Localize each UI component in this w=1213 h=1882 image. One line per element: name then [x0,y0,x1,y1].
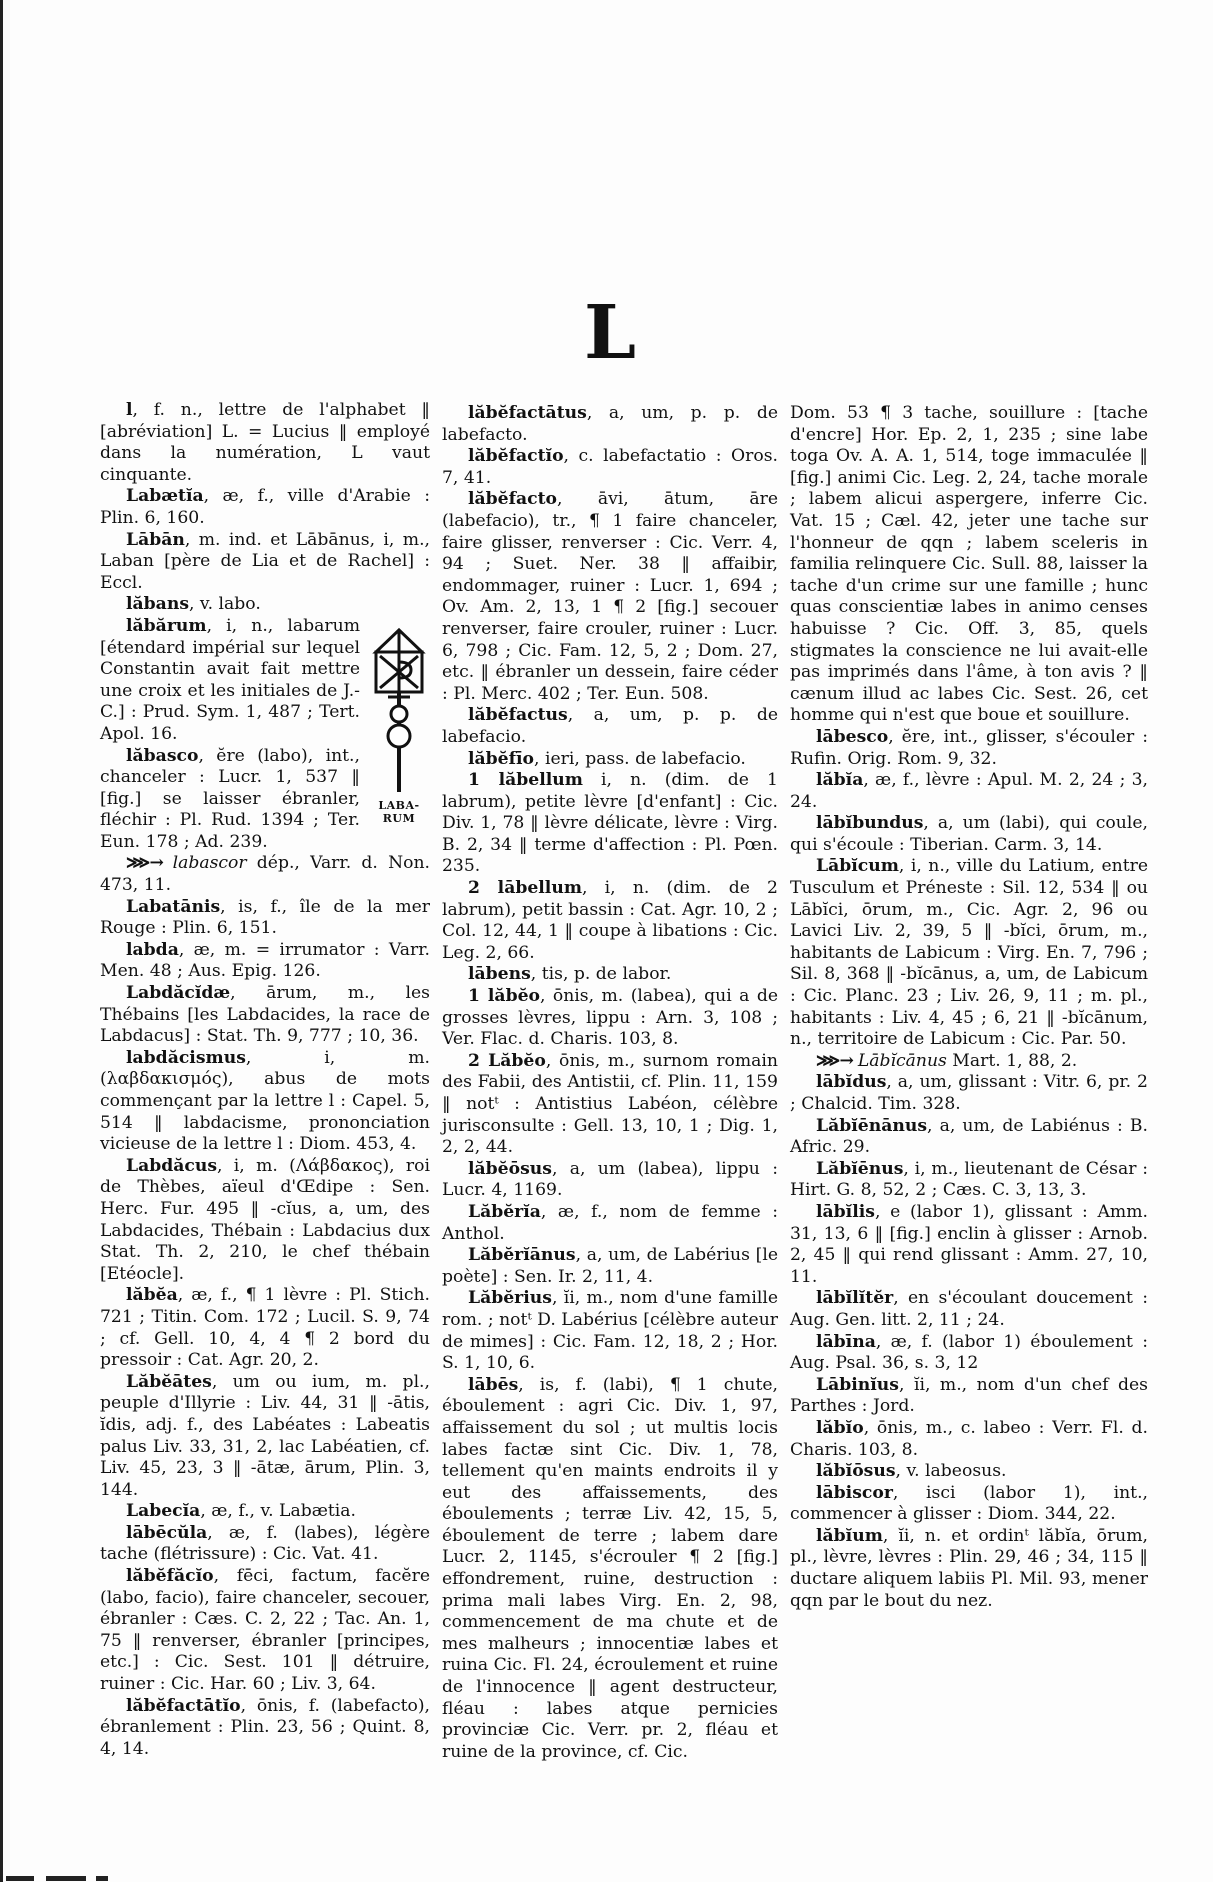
headword: Lābān [126,530,185,550]
headword: Labdăcus [126,1156,217,1176]
headword: Lăbĕrĭa [468,1202,541,1222]
dictionary-entry: lăbĕōsus, a, um (labea), lippu : Lucr. 4… [442,1159,778,1202]
dictionary-entry: lăbĭum, ĭi, n. et ordinᵗ lăbĭa, ōrum, pl… [790,1526,1148,1612]
headword: lăbĭa [816,770,863,790]
headword: lăbĭo [816,1418,864,1438]
dictionary-entry: lābĭlĭtĕr, en s'écoulant doucement : Aug… [790,1288,1148,1331]
headword: Labdăcĭdæ [126,983,230,1003]
headword: lăbĕfīo [468,749,534,769]
dictionary-entry: Lăbĕrius, ĭi, m., nom d'une famille rom.… [442,1288,778,1374]
dictionary-entry: Labdăcus, i, m. (Λάβδακος), roi de Thèbe… [100,1156,430,1286]
dictionary-entry: lăbĭo, ōnis, m., c. labeo : Verr. Fl. d.… [790,1418,1148,1461]
headword: Lābinĭus [816,1375,899,1395]
dictionary-entry: Lābān, m. ind. et Lābānus, i, m., Laban … [100,530,430,595]
definition: , æ, f., v. Labætia. [200,1501,356,1521]
headword: lăbărum [126,616,207,636]
column-3-entries: Dom. 53 ¶ 3 tache, souillure : [tache d'… [790,403,1148,1612]
headword: Lābĭcānus [858,1051,947,1071]
definition: , f. n., lettre de l'alphabet ‖ [abrévia… [100,400,430,485]
headword: Labatānis [126,897,220,917]
headword: lābiscor [816,1483,893,1503]
dictionary-entry: lăbĕfacto, āvi, ātum, āre (labefacio), t… [442,489,778,705]
headword: lăbĭum [816,1526,883,1546]
headword: lābĭdus [816,1072,886,1092]
dictionary-entry: Labecĭa, æ, f., v. Labætia. [100,1501,430,1523]
labarum-illustration: LABA- RUM [368,622,430,812]
headword: lābēs [468,1375,518,1395]
definition: , is, f. (labi), ¶ 1 chute, éboulement :… [442,1375,778,1762]
headword: lăbĕfactĭo [468,446,564,466]
column-1: l, f. n., lettre de l'alphabet ‖ [abrévi… [100,400,430,1760]
dictionary-entry: lăbĕfīo, ieri, pass. de labefacio. [442,749,778,771]
dictionary-entry: lābĭdus, a, um, glissant : Vitr. 6, pr. … [790,1072,1148,1115]
headword: lābĭlĭtĕr [816,1288,893,1308]
definition: , āvi, ātum, āre (labefacio), tr., ¶ 1 f… [442,489,778,703]
headword: lābĭlis [816,1202,875,1222]
dictionary-entry: Lăbĭēnus, i, m., lieutenant de César : H… [790,1159,1148,1202]
headword: lăbĕfactus [468,705,568,725]
headword: lăbans [126,594,189,614]
dictionary-entry: lăbĕfăcĭo, fēci, factum, facĕre (labo, f… [100,1566,430,1696]
dictionary-entry: lābēs, is, f. (labi), ¶ 1 chute, éboulem… [442,1375,778,1764]
dictionary-entry: lăbĕfactātus, a, um, p. p. de labefacto. [442,403,778,446]
dictionary-entry: Labatānis, is, f., île de la mer Rouge :… [100,897,430,940]
definition: , v. labo. [189,594,261,614]
dictionary-entry: lābēcŭla, æ, f. (labes), légère tache (f… [100,1523,430,1566]
dictionary-entry: lăbĕa, æ, f., ¶ 1 lèvre : Pl. Stich. 721… [100,1285,430,1371]
headword: Lăbĕrius [468,1288,552,1308]
headword: Lăbĭēnānus [816,1116,927,1136]
dictionary-entry: ⋙→ Lābĭcānus Mart. 1, 88, 2. [790,1051,1148,1073]
dictionary-entry: lăbĕfactus, a, um, p. p. de labefacio. [442,705,778,748]
dictionary-entry: labdăcismus, i, m. (λαβδακισμός), abus d… [100,1048,430,1156]
dictionary-entry: lābĭlis, e (labor 1), glissant : Amm. 31… [790,1202,1148,1288]
headword: 1 lăbĕo [468,986,540,1006]
column-3: Dom. 53 ¶ 3 tache, souillure : [tache d'… [790,403,1148,1612]
figure-caption: LABA- RUM [368,799,430,825]
headword: lăbĕōsus [468,1159,552,1179]
column-1-entries: l, f. n., lettre de l'alphabet ‖ [abrévi… [100,400,430,1760]
definition: , tis, p. de labor. [531,964,672,984]
dictionary-entry: Lābinĭus, ĭi, m., nom d'un chef des Part… [790,1375,1148,1418]
page-edge [0,0,3,1882]
section-letter: L [560,296,660,370]
headword: labdăcismus [126,1048,246,1068]
headword: 1 lăbellum [468,770,583,790]
column-2-entries: lăbĕfactātus, a, um, p. p. de labefacto.… [442,403,778,1763]
definition: Mart. 1, 88, 2. [947,1051,1077,1071]
dictionary-entry: Labætĭa, æ, f., ville d'Arabie : Plin. 6… [100,486,430,529]
dictionary-entry: 1 lăbellum i, n. (dim. de 1 labrum), pet… [442,770,778,878]
headword: Lăbĕrĭānus [468,1245,576,1265]
headword: Labecĭa [126,1501,200,1521]
dictionary-entry: lăbĕfactātĭo, ōnis, f. (labefacto), ébra… [100,1696,430,1761]
headword: lābēcŭla [126,1523,207,1543]
dictionary-entry: Lăbĕrĭānus, a, um, de Labérius [le poète… [442,1245,778,1288]
dictionary-entry: lăbĭōsus, v. labeosus. [790,1461,1148,1483]
dictionary-entry: lăbans, v. labo. [100,594,430,616]
headword: Lābĭcum [816,856,899,876]
headword: Labætĭa [126,486,204,506]
dictionary-entry: Dom. 53 ¶ 3 tache, souillure : [tache d'… [790,403,1148,727]
headword: lābīna [816,1332,876,1352]
dictionary-entry: lābesco, ĕre, int., glisser, s'écouler :… [790,727,1148,770]
arrow-icon: ⋙→ [126,853,173,873]
dictionary-entry: Lăbĕātes, um ou ium, m. pl., peuple d'Il… [100,1372,430,1502]
dictionary-entry: l, f. n., lettre de l'alphabet ‖ [abrévi… [100,400,430,486]
dictionary-entry: 2 Lăbĕo, ōnis, m., surnom romain des Fab… [442,1051,778,1159]
dictionary-entry: lābīna, æ, f. (labor 1) éboulement : Aug… [790,1332,1148,1375]
dictionary-entry: lăbĕfactĭo, c. labefactatio : Oros. 7, 4… [442,446,778,489]
headword: lăbĕfacto [468,489,557,509]
headword: lăbĕfactātus [468,403,587,423]
definition: , i, n., ville du Latium, entre Tusculum… [790,856,1148,1049]
dictionary-entry: 1 lăbĕo, ōnis, m. (labea), qui a de gros… [442,986,778,1051]
headword: lābens [468,964,531,984]
headword: 2 lābellum [468,878,582,898]
headword: 2 Lăbĕo [468,1051,546,1071]
headword: lăbĕfăcĭo [126,1566,214,1586]
column-2: lăbĕfactātus, a, um, p. p. de labefacto.… [442,403,778,1763]
headword: lābesco [816,727,888,747]
headword: Lăbĭēnus [816,1159,903,1179]
arrow-icon: ⋙→ [816,1051,858,1071]
dictionary-entry: lābiscor, isci (labor 1), int., commence… [790,1483,1148,1526]
headword: labascor [173,853,247,873]
headword: Lăbĕātes [126,1372,212,1392]
dictionary-entry: Lăbĭēnānus, a, um, de Labiénus : B. Afri… [790,1116,1148,1159]
definition: , v. labeosus. [896,1461,1007,1481]
dictionary-entry: lābĭbundus, a, um (labi), qui coule, qui… [790,813,1148,856]
dictionary-entry: Labdăcĭdæ, ārum, m., les Thébains [les L… [100,983,430,1048]
dictionary-entry: labda, æ, m. = irrumator : Varr. Men. 48… [100,940,430,983]
definition: , ieri, pass. de labefacio. [534,749,746,769]
headword: lăbĕa [126,1285,178,1305]
headword: labda [126,940,179,960]
dictionary-entry: Lābĭcum, i, n., ville du Latium, entre T… [790,856,1148,1050]
headword: lăbĭōsus [816,1461,896,1481]
scan-marks [0,1876,260,1882]
labarum-standard-icon [368,622,430,792]
headword: lăbĕfactātĭo [126,1696,241,1716]
dictionary-entry: lābens, tis, p. de labor. [442,964,778,986]
dictionary-entry: Lăbĕrĭa, æ, f., nom de femme : Anthol. [442,1202,778,1245]
dictionary-entry: ⋙→ labascor dép., Varr. d. Non. 473, 11. [100,853,430,896]
definition: Dom. 53 ¶ 3 tache, souillure : [tache d'… [790,403,1148,725]
headword: lăbasco [126,746,198,766]
dictionary-entry: lăbĭa, æ, f., lèvre : Apul. M. 2, 24 ; 3… [790,770,1148,813]
headword: lābĭbundus [816,813,923,833]
dictionary-entry: 2 lābellum, i, n. (dim. de 2 labrum), pe… [442,878,778,964]
